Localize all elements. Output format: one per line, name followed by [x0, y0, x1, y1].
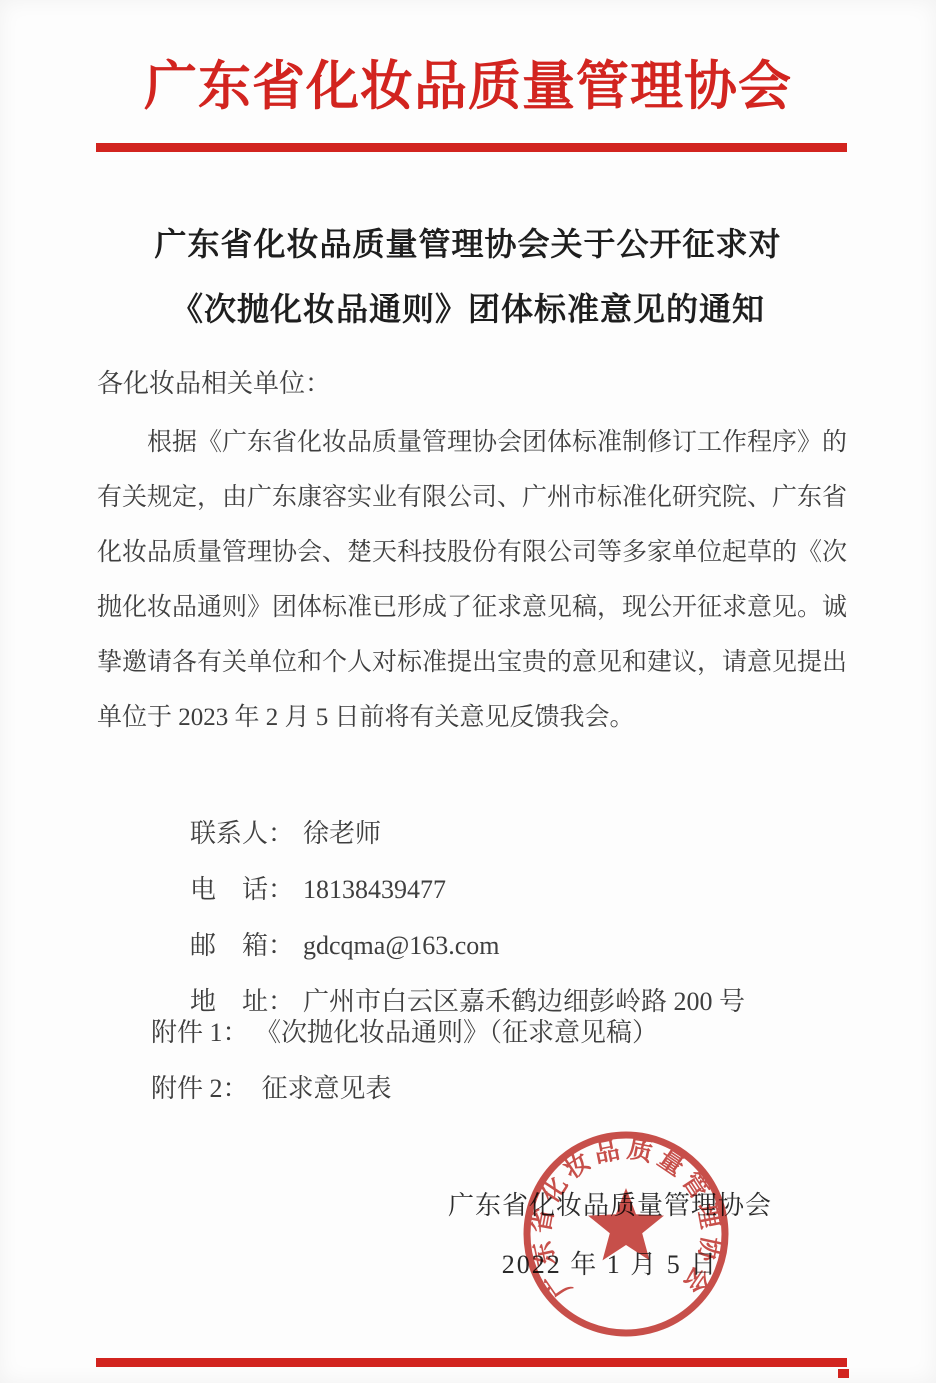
document-page: 广东省化妆品质量管理协会 广东省化妆品质量管理协会关于公开征求对 《次抛化妆品通…: [0, 0, 936, 1383]
contact-value: 18138439477: [303, 875, 446, 904]
attachment-list: 附件 1： 《次抛化妆品通则》（征求意见稿） 附件 2： 征求意见表: [151, 1005, 658, 1117]
attachment-line-2: 附件 2： 征求意见表: [151, 1061, 658, 1117]
document-title: 广东省化妆品质量管理协会关于公开征求对 《次抛化妆品通则》团体标准意见的通知: [0, 212, 936, 342]
official-stamp-seal: 广东省化妆品质量管理协会: [516, 1124, 736, 1344]
salutation: 各化妆品相关单位：: [97, 363, 331, 400]
body-line: 挚邀请各有关单位和个人对标准提出宝贵的意见和建议，请意见提出: [97, 635, 849, 690]
document-title-line2: 《次抛化妆品通则》团体标准意见的通知: [0, 277, 936, 342]
letterhead-title: 广东省化妆品质量管理协会: [0, 44, 936, 120]
contact-label: 电 话：: [190, 875, 294, 904]
contact-value: 徐老师: [303, 819, 381, 848]
body-line: 抛化妆品通则》团体标准已形成了征求意见稿，现公开征求意见。诚: [97, 580, 849, 635]
body-paragraph: 根据《广东省化妆品质量管理协会团体标准制修订工作程序》的 有关规定，由广东康容实…: [97, 415, 849, 745]
stamp-star-icon: [588, 1188, 664, 1260]
document-title-line1: 广东省化妆品质量管理协会关于公开征求对: [0, 212, 936, 277]
contact-value: gdcqma@163.com: [303, 931, 500, 960]
footer-tick-mark: [838, 1369, 849, 1378]
body-line: 化妆品质量管理协会、楚天科技股份有限公司等多家单位起草的《次: [97, 525, 849, 580]
contact-label: 邮 箱：: [190, 931, 294, 960]
body-line: 根据《广东省化妆品质量管理协会团体标准制修订工作程序》的: [97, 415, 849, 470]
contact-list: 联系人：徐老师 电 话：18138439477 邮 箱：gdcqma@163.c…: [151, 750, 745, 974]
letterhead-divider: [96, 143, 847, 152]
attachment-line-1: 附件 1： 《次抛化妆品通则》（征求意见稿）: [151, 1005, 658, 1061]
body-line: 有关规定，由广东康容实业有限公司、广州市标准化研究院、广东省: [97, 470, 849, 525]
contact-label: 联系人：: [190, 819, 294, 848]
footer-divider: [96, 1358, 847, 1367]
body-line: 单位于 2023 年 2 月 5 日前将有关意见反馈我会。: [97, 690, 849, 745]
contact-row-person: 联系人：徐老师: [151, 750, 745, 806]
